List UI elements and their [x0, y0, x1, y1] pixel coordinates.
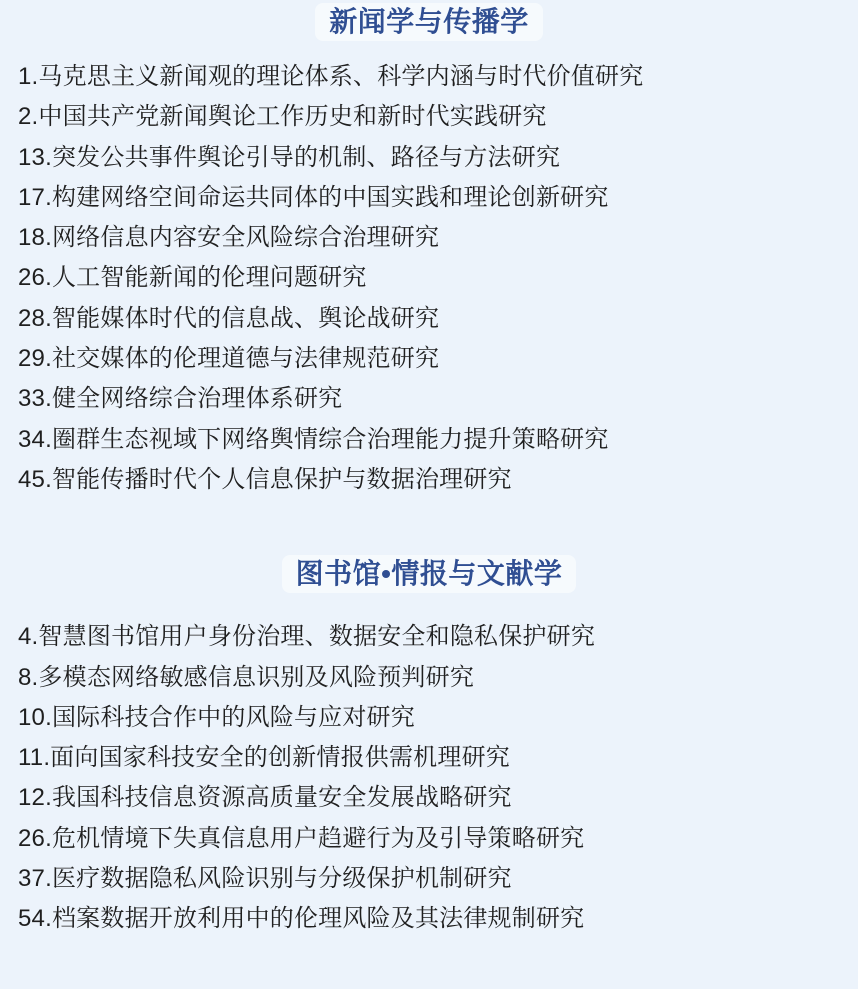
list-item: 26.人工智能新闻的伦理问题研究: [18, 258, 858, 298]
list-item: 10.国际科技合作中的风险与应对研究: [18, 698, 858, 738]
page: 新闻学与传播学 1.马克思主义新闻观的理论体系、科学内涵与时代价值研究 2.中国…: [0, 0, 858, 989]
list-item: 18.网络信息内容安全风险综合治理研究: [18, 218, 858, 258]
list-item: 45.智能传播时代个人信息保护与数据治理研究: [18, 460, 858, 500]
list-item: 17.构建网络空间命运共同体的中国实践和理论创新研究: [18, 178, 858, 218]
section-2-topic-list: 4.智慧图书馆用户身份治理、数据安全和隐私保护研究 8.多模态网络敏感信息识别及…: [0, 617, 858, 939]
section-2-title: 图书馆•情报与文献学: [282, 555, 577, 593]
list-item: 11.面向国家科技安全的创新情报供需机理研究: [18, 738, 858, 778]
list-item: 34.圈群生态视域下网络舆情综合治理能力提升策略研究: [18, 420, 858, 460]
section-1-title: 新闻学与传播学: [315, 3, 543, 41]
list-item: 4.智慧图书馆用户身份治理、数据安全和隐私保护研究: [18, 617, 858, 657]
list-item: 33.健全网络综合治理体系研究: [18, 379, 858, 419]
list-item: 2.中国共产党新闻舆论工作历史和新时代实践研究: [18, 97, 858, 137]
section-1-topic-list: 1.马克思主义新闻观的理论体系、科学内涵与时代价值研究 2.中国共产党新闻舆论工…: [0, 57, 858, 500]
section-2-heading-row: 图书馆•情报与文献学: [0, 555, 858, 593]
list-item: 1.马克思主义新闻观的理论体系、科学内涵与时代价值研究: [18, 57, 858, 97]
list-item: 26.危机情境下失真信息用户趋避行为及引导策略研究: [18, 819, 858, 859]
list-item: 12.我国科技信息资源高质量安全发展战略研究: [18, 778, 858, 818]
list-item: 13.突发公共事件舆论引导的机制、路径与方法研究: [18, 138, 858, 178]
list-item: 29.社交媒体的伦理道德与法律规范研究: [18, 339, 858, 379]
list-item: 8.多模态网络敏感信息识别及风险预判研究: [18, 658, 858, 698]
list-item: 37.医疗数据隐私风险识别与分级保护机制研究: [18, 859, 858, 899]
list-item: 28.智能媒体时代的信息战、舆论战研究: [18, 299, 858, 339]
section-1-heading-row: 新闻学与传播学: [0, 3, 858, 41]
list-item: 54.档案数据开放利用中的伦理风险及其法律规制研究: [18, 899, 858, 939]
